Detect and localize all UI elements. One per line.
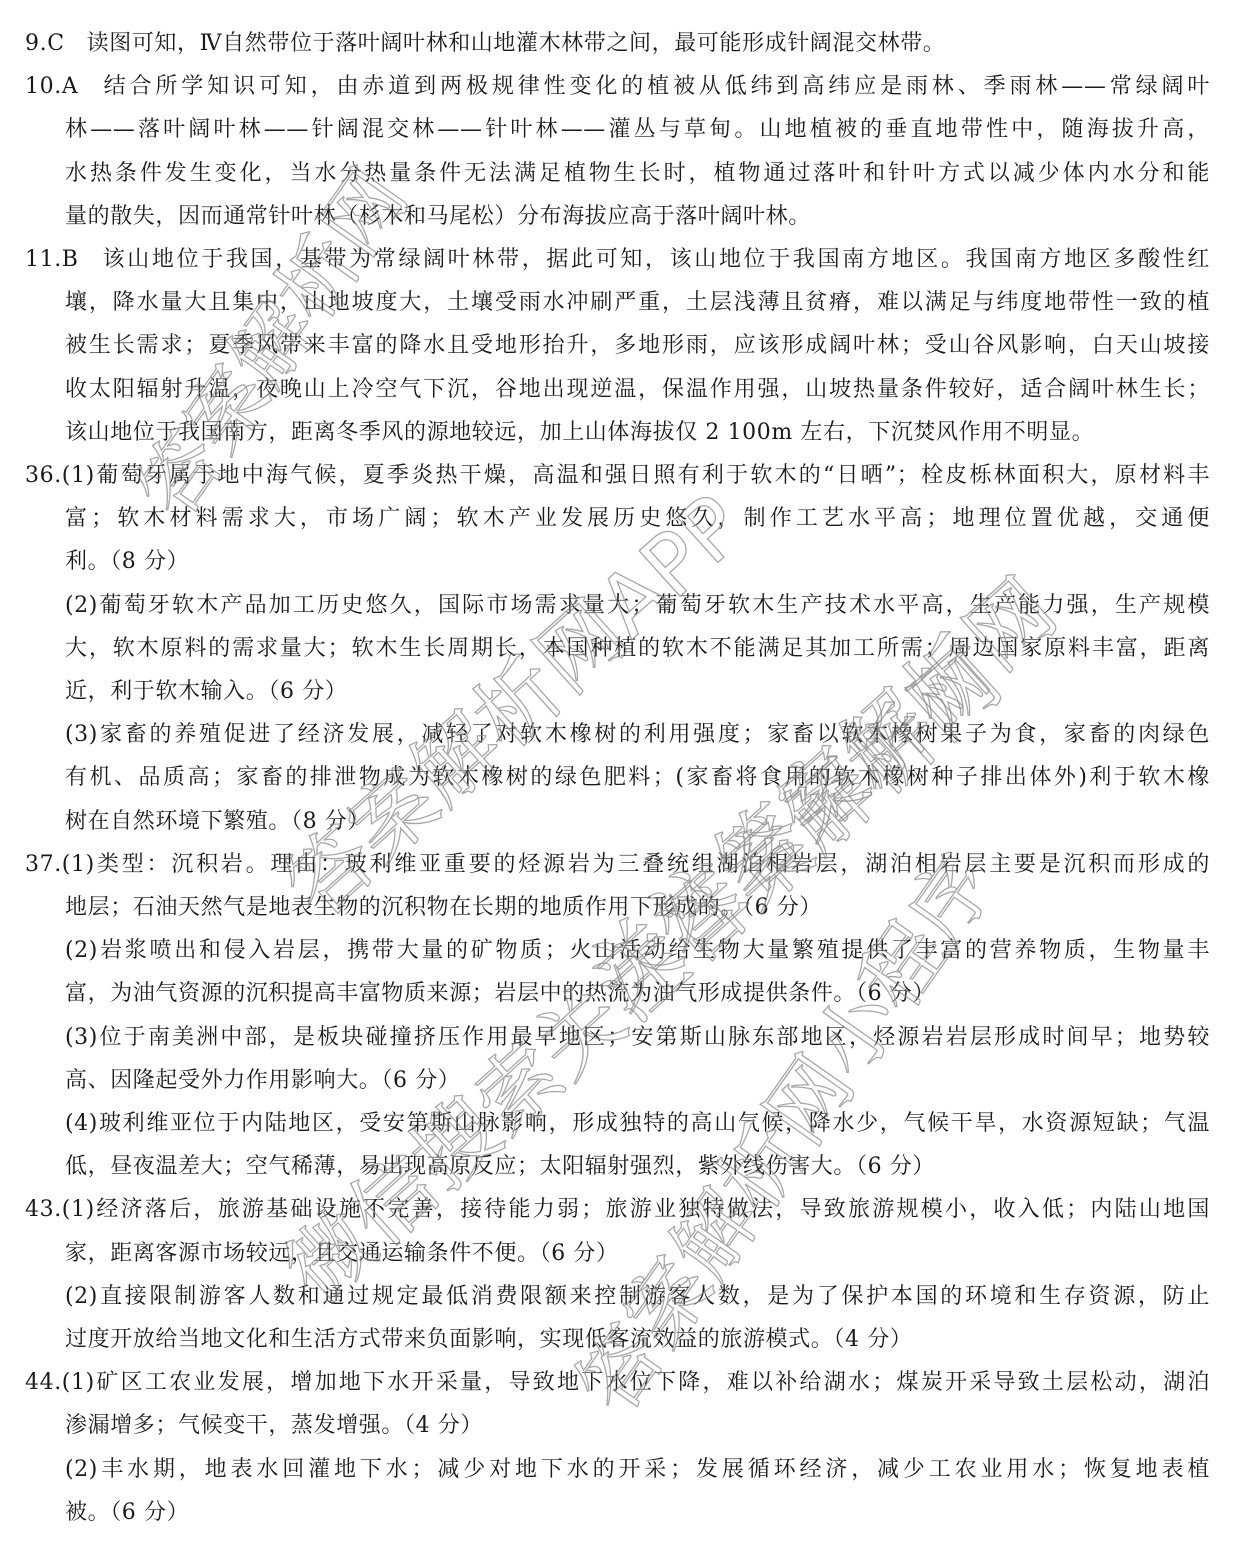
line-text: 壤，降水量大且集中，山地坡度大，土壤受雨水冲刷严重，土层浅薄且贫瘠，难以满足与纬… bbox=[65, 290, 1210, 315]
text-line: 树在自然环境下繁殖。（8 分） bbox=[65, 800, 1210, 843]
text-line: (2)岩浆喷出和侵入岩层，携带大量的矿物质；火山活动给生物大量繁殖提供了丰富的营… bbox=[65, 929, 1210, 972]
line-text: 家，距离客源市场较远，且交通运输条件不便。（6 分） bbox=[65, 1241, 619, 1266]
text-line: 36.(1)葡萄牙属于地中海气候，夏季炎热干燥，高温和强日照有利于软木的“日晒”… bbox=[25, 454, 1210, 497]
text-line: 家，距离客源市场较远，且交通运输条件不便。（6 分） bbox=[65, 1232, 1210, 1275]
line-text: 树在自然环境下繁殖。（8 分） bbox=[65, 809, 370, 834]
line-text: 读图可知，Ⅳ自然带位于落叶阔叶林和山地灌木林带之间，最可能形成针阔混交林带。 bbox=[87, 31, 946, 56]
line-text: (4)玻利维亚位于内陆地区，受安第斯山脉影响，形成独特的高山气候，降水少，气候干… bbox=[65, 1111, 1210, 1136]
text-line: 富；软木材料需求大，市场广阔；软木产业发展历史悠久，制作工艺水平高；地理位置优越… bbox=[65, 497, 1210, 540]
line-text: 水热条件发生变化，当水分热量条件无法满足植物生长时，植物通过落叶和针叶方式以减少… bbox=[65, 161, 1210, 186]
question-number: 11.B bbox=[25, 238, 79, 281]
question-number: 36. bbox=[25, 454, 62, 497]
text-line: 11.B该山地位于我国，基带为常绿阔叶林带，据此可知，该山地位于我国南方地区。我… bbox=[25, 238, 1210, 281]
text-line: 大，软木原料的需求量大；软木生长周期长，本国种植的软木不能满足其加工所需；周边国… bbox=[65, 627, 1210, 670]
text-line: 该山地位于我国南方，距离冬季风的源地较远，加上山体海拔仅 2 100m 左右，下… bbox=[65, 411, 1210, 454]
text-line: 水热条件发生变化，当水分热量条件无法满足植物生长时，植物通过落叶和针叶方式以减少… bbox=[65, 152, 1210, 195]
line-text: 近，利于软木输入。（6 分） bbox=[65, 679, 347, 704]
text-line: 高、因隆起受外力作用影响大。（6 分） bbox=[65, 1059, 1210, 1102]
text-line: 37.(1)类型：沉积岩。理由：玻利维亚重要的烃源岩为三叠统组湖泊相岩层，湖泊相… bbox=[25, 843, 1210, 886]
line-text: 过度开放给当地文化和生活方式带来负面影响，实现低客流效益的旅游模式。（4 分） bbox=[65, 1327, 912, 1352]
text-line: 有机、品质高；家畜的排泄物成为软木橡树的绿色肥料；(家畜将食用的软木橡树种子排出… bbox=[65, 756, 1210, 799]
text-line: 低，昼夜温差大；空气稀薄，易出现高原反应；太阳辐射强烈，紫外线伤害大。（6 分） bbox=[65, 1145, 1210, 1188]
text-line: 利。（8 分） bbox=[65, 540, 1210, 583]
text-line: 被生长需求；夏季风带来丰富的降水且受地形抬升，多地形雨，应该形成阔叶林；受山谷风… bbox=[65, 324, 1210, 367]
line-text: (2)葡萄牙软木产品加工历史悠久，国际市场需求量大；葡萄牙软木生产技术水平高，生… bbox=[65, 593, 1210, 618]
text-line: (4)玻利维亚位于内陆地区，受安第斯山脉影响，形成独特的高山气候，降水少，气候干… bbox=[65, 1102, 1210, 1145]
line-text: 富；软木材料需求大，市场广阔；软木产业发展历史悠久，制作工艺水平高；地理位置优越… bbox=[65, 506, 1210, 531]
line-text: 量的散失，因而通常针叶林（杉木和马尾松）分布海拔应高于落叶阔叶林。 bbox=[65, 204, 811, 229]
line-text: 有机、品质高；家畜的排泄物成为软木橡树的绿色肥料；(家畜将食用的软木橡树种子排出… bbox=[65, 765, 1210, 790]
line-text: (1)矿区工农业发展，增加地下水开采量，导致地下水位下降，难以补给湖水；煤炭开采… bbox=[62, 1370, 1210, 1395]
question-number: 44. bbox=[25, 1361, 62, 1404]
question-number: 10.A bbox=[25, 65, 78, 108]
line-text: 高、因隆起受外力作用影响大。（6 分） bbox=[65, 1068, 460, 1093]
text-line: (3)位于南美洲中部，是板块碰撞挤压作用最早地区；安第斯山脉东部地区，烃源岩岩层… bbox=[65, 1016, 1210, 1059]
text-line: 林——落叶阔叶林——针阔混交林——针叶林——灌丛与草甸。山地植被的垂直地带性中，… bbox=[65, 108, 1210, 151]
text-line: 44.(1)矿区工农业发展，增加地下水开采量，导致地下水位下降，难以补给湖水；煤… bbox=[25, 1361, 1210, 1404]
line-text: 地层；石油天然气是地表生物的沉积物在长期的地质作用下形成的。（6 分） bbox=[65, 895, 822, 920]
text-line: (2)葡萄牙软木产品加工历史悠久，国际市场需求量大；葡萄牙软木生产技术水平高，生… bbox=[65, 584, 1210, 627]
line-text: (2)直接限制游客人数和通过规定最低消费限额来控制游客人数，是为了保护本国的环境… bbox=[65, 1284, 1210, 1309]
line-text: 该山地位于我国南方，距离冬季风的源地较远，加上山体海拔仅 2 100m 左右，下… bbox=[65, 420, 1094, 445]
line-text: (1)类型：沉积岩。理由：玻利维亚重要的烃源岩为三叠统组湖泊相岩层，湖泊相岩层主… bbox=[62, 852, 1210, 877]
question-number: 9.C bbox=[25, 22, 65, 65]
line-text: (1)经济落后，旅游基础设施不完善，接待能力弱；旅游业独特做法，导致旅游规模小，… bbox=[62, 1197, 1210, 1222]
text-line: 壤，降水量大且集中，山地坡度大，土壤受雨水冲刷严重，土层浅薄且贫瘠，难以满足与纬… bbox=[65, 281, 1210, 324]
text-line: 过度开放给当地文化和生活方式带来负面影响，实现低客流效益的旅游模式。（4 分） bbox=[65, 1318, 1210, 1361]
text-line: (2)丰水期，地表水回灌地下水；减少对地下水的开采；发展循环经济，减少工农业用水… bbox=[65, 1448, 1210, 1491]
text-line: 9.C读图可知，Ⅳ自然带位于落叶阔叶林和山地灌木林带之间，最可能形成针阔混交林带… bbox=[25, 22, 1210, 65]
text-line: 富，为油气资源的沉积提高丰富物质来源；岩层中的热流为油气形成提供条件。（6 分） bbox=[65, 972, 1210, 1015]
text-line: 渗漏增多；气候变干，蒸发增强。（4 分） bbox=[65, 1404, 1210, 1447]
text-line: 被。（6 分） bbox=[65, 1491, 1210, 1534]
line-text: 被生长需求；夏季风带来丰富的降水且受地形抬升，多地形雨，应该形成阔叶林；受山谷风… bbox=[65, 333, 1210, 358]
line-text: (2)丰水期，地表水回灌地下水；减少对地下水的开采；发展循环经济，减少工农业用水… bbox=[65, 1457, 1210, 1482]
line-text: 低，昼夜温差大；空气稀薄，易出现高原反应；太阳辐射强烈，紫外线伤害大。（6 分） bbox=[65, 1154, 935, 1179]
line-text: 该山地位于我国，基带为常绿阔叶林带，据此可知，该山地位于我国南方地区。我国南方地… bbox=[101, 247, 1210, 272]
text-line: (3)家畜的养殖促进了经济发展，减轻了对软木橡树的利用强度；家畜以软木橡树果子为… bbox=[65, 713, 1210, 756]
text-line: 收太阳辐射升温，夜晚山上冷空气下沉，谷地出现逆温，保温作用强，山坡热量条件较好，… bbox=[65, 368, 1210, 411]
line-text: 结合所学知识可知，由赤道到两极规律性变化的植被从低纬到高纬应是雨林、季雨林——常… bbox=[100, 74, 1210, 99]
text-line: 43.(1)经济落后，旅游基础设施不完善，接待能力弱；旅游业独特做法，导致旅游规… bbox=[25, 1188, 1210, 1231]
text-line: 地层；石油天然气是地表生物的沉积物在长期的地质作用下形成的。（6 分） bbox=[65, 886, 1210, 929]
line-text: (2)岩浆喷出和侵入岩层，携带大量的矿物质；火山活动给生物大量繁殖提供了丰富的营… bbox=[65, 938, 1210, 963]
question-number: 37. bbox=[25, 843, 62, 886]
question-number: 43. bbox=[25, 1188, 62, 1231]
line-text: 被。（6 分） bbox=[65, 1500, 189, 1525]
text-line: 近，利于软木输入。（6 分） bbox=[65, 670, 1210, 713]
line-text: (3)位于南美洲中部，是板块碰撞挤压作用最早地区；安第斯山脉东部地区，烃源岩岩层… bbox=[65, 1025, 1210, 1050]
text-line: 10.A结合所学知识可知，由赤道到两极规律性变化的植被从低纬到高纬应是雨林、季雨… bbox=[25, 65, 1210, 108]
line-text: 林——落叶阔叶林——针阔混交林——针叶林——灌丛与草甸。山地植被的垂直地带性中，… bbox=[65, 117, 1210, 142]
line-text: 收太阳辐射升温，夜晚山上冷空气下沉，谷地出现逆温，保温作用强，山坡热量条件较好，… bbox=[65, 377, 1210, 402]
line-text: 利。（8 分） bbox=[65, 549, 189, 574]
line-text: (3)家畜的养殖促进了经济发展，减轻了对软木橡树的利用强度；家畜以软木橡树果子为… bbox=[65, 722, 1210, 747]
text-line: (2)直接限制游客人数和通过规定最低消费限额来控制游客人数，是为了保护本国的环境… bbox=[65, 1275, 1210, 1318]
line-text: 大，软木原料的需求量大；软木生长周期长，本国种植的软木不能满足其加工所需；周边国… bbox=[65, 636, 1210, 661]
line-text: 富，为油气资源的沉积提高丰富物质来源；岩层中的热流为油气形成提供条件。（6 分） bbox=[65, 981, 935, 1006]
line-text: 渗漏增多；气候变干，蒸发增强。（4 分） bbox=[65, 1413, 483, 1438]
text-line: 量的散失，因而通常针叶林（杉木和马尾松）分布海拔应高于落叶阔叶林。 bbox=[65, 195, 1210, 238]
answer-key-page: 9.C读图可知，Ⅳ自然带位于落叶阔叶林和山地灌木林带之间，最可能形成针阔混交林带… bbox=[0, 0, 1235, 1558]
line-text: (1)葡萄牙属于地中海气候，夏季炎热干燥，高温和强日照有利于软木的“日晒”；栓皮… bbox=[62, 463, 1210, 488]
